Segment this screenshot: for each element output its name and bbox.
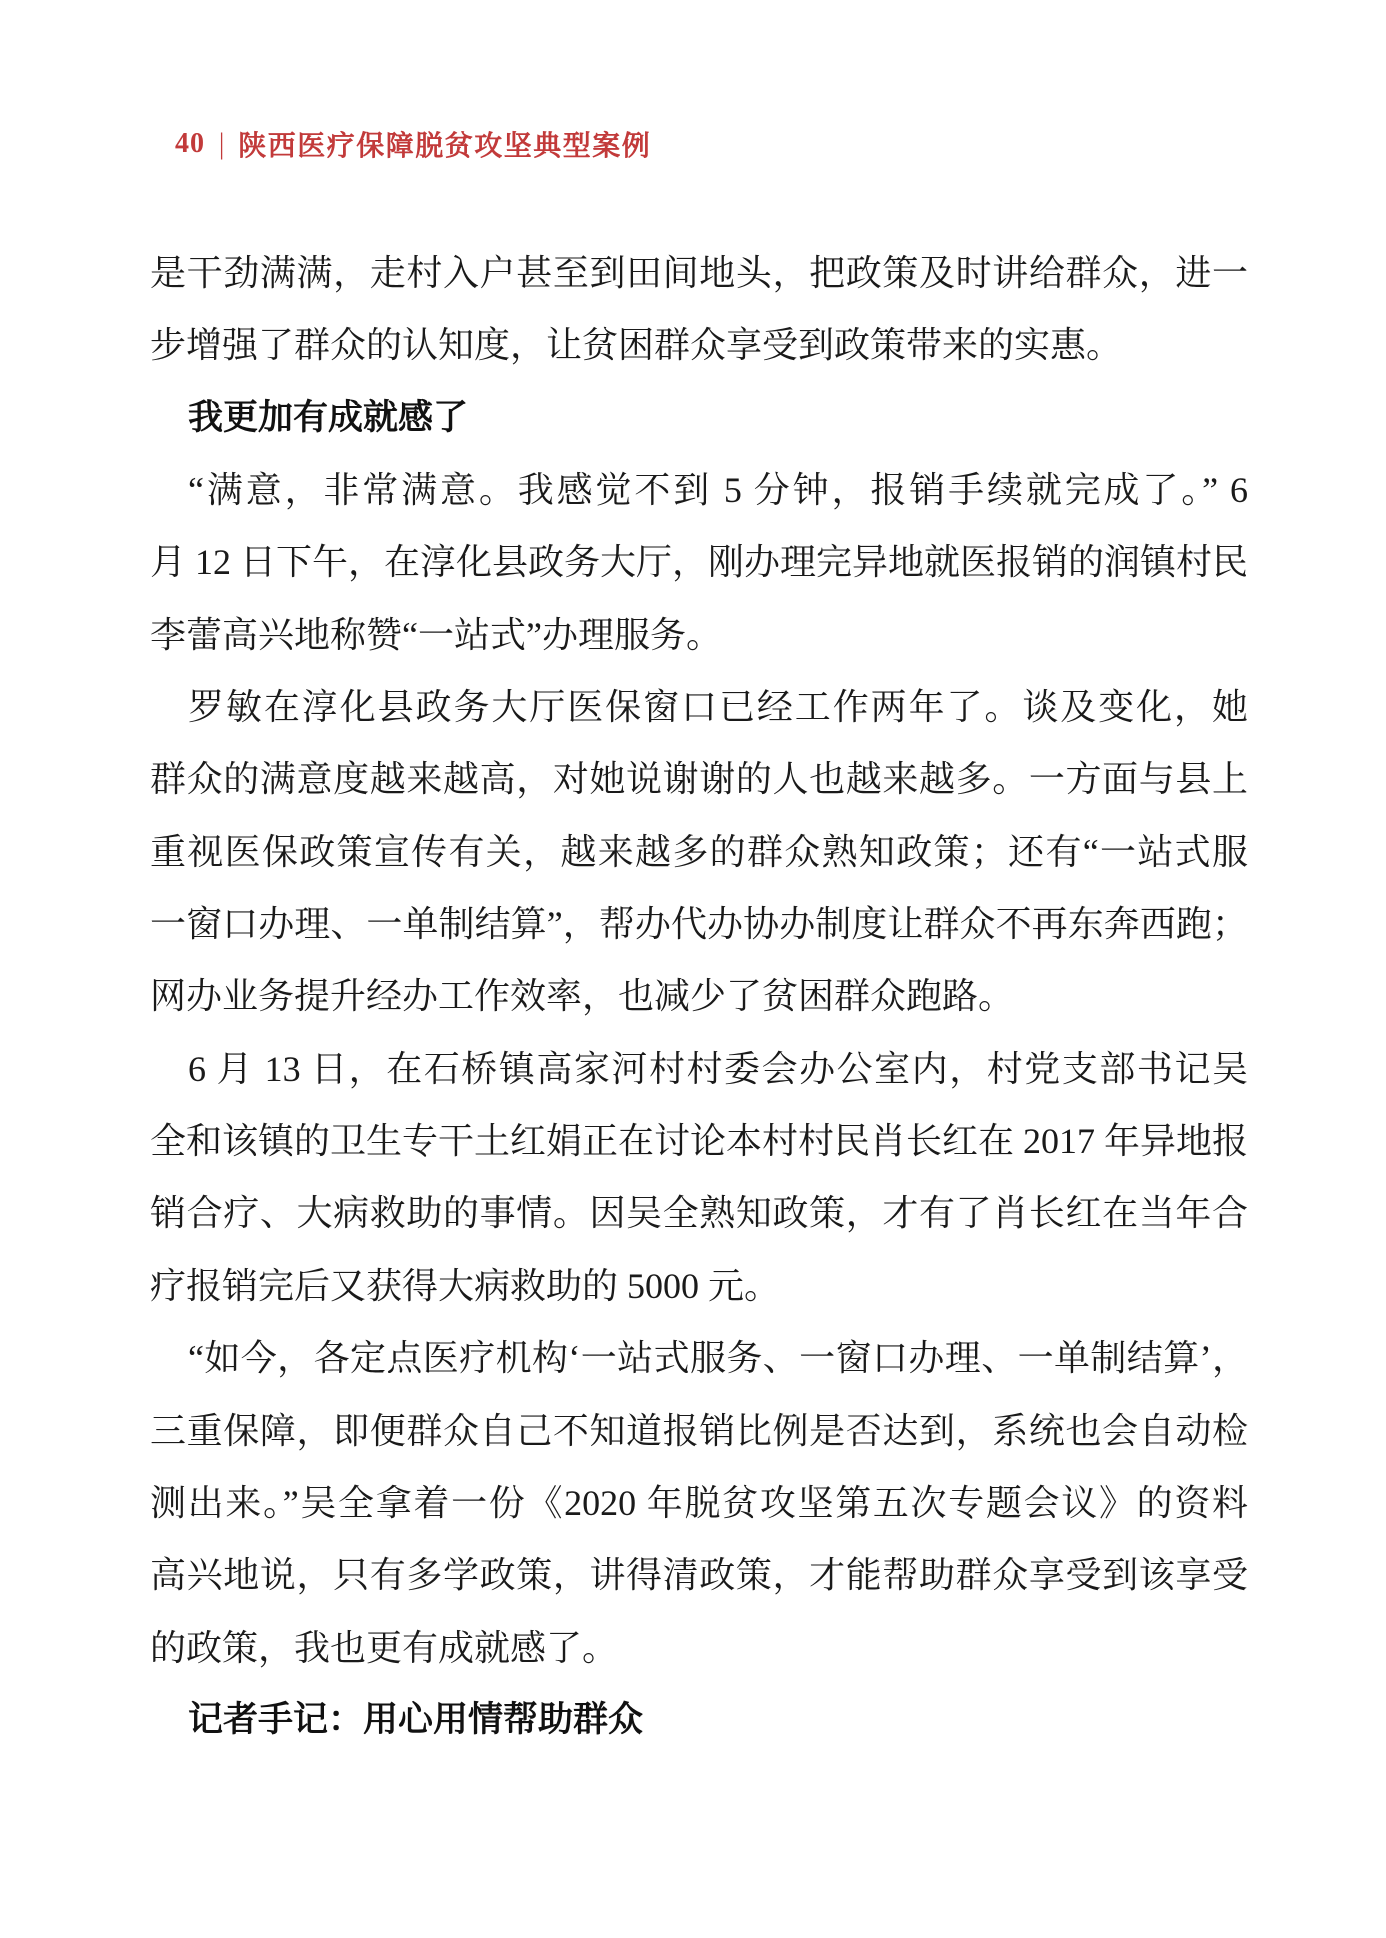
page-header: 40 | 陕西医疗保障脱贫攻坚典型案例 <box>175 124 651 164</box>
body-line: 是干劲满满，走村入户甚至到田间地头，把政策及时讲给群众，进一 <box>150 237 1248 309</box>
body-line: 步增强了群众的认知度，让贫困群众享受到政策带来的实惠。 <box>150 309 1248 381</box>
body-line: “如今，各定点医疗机构‘一站式服务、一窗口办理、一单制结算’， <box>150 1322 1248 1394</box>
body-line: 三重保障，即便群众自己不知道报销比例是否达到，系统也会自动检 <box>150 1395 1248 1467</box>
body-line: 罗敏在淳化县政务大厅医保窗口已经工作两年了。谈及变化，她说， <box>150 671 1248 743</box>
body-line: 一窗口办理、一单制结算”，帮办代办协办制度让群众不再东奔西跑； <box>150 888 1248 960</box>
page-number: 40 <box>175 128 205 160</box>
body-line: 月 12 日下午，在淳化县政务大厅，刚办理完异地就医报销的润镇村民 <box>150 526 1248 598</box>
body-line: 全和该镇的卫生专干土红娟正在讨论本村村民肖长红在 2017 年异地报 <box>150 1105 1248 1177</box>
body-line: 群众的满意度越来越高，对她说谢谢的人也越来越多。一方面与县上 <box>150 743 1248 815</box>
body-line: 销合疗、大病救助的事情。因吴全熟知政策，才有了肖长红在当年合 <box>150 1177 1248 1249</box>
body-line: 的政策，我也更有成就感了。 <box>150 1612 1248 1684</box>
body-line: 李蕾高兴地称赞“一站式”办理服务。 <box>150 599 1248 671</box>
body-line: 高兴地说，只有多学政策，讲得清政策，才能帮助群众享受到该享受 <box>150 1539 1248 1611</box>
section-heading: 我更加有成就感了 <box>150 382 1248 454</box>
body-line: “满意，非常满意。我感觉不到 5 分钟，报销手续就完成了。” 6 <box>150 454 1248 526</box>
header-divider: | <box>219 127 224 162</box>
body-line: 测出来。”吴全拿着一份《2020 年脱贫攻坚第五次专题会议》的资料 <box>150 1467 1248 1539</box>
document-body: 是干劲满满，走村入户甚至到田间地头，把政策及时讲给群众，进一 步增强了群众的认知… <box>150 237 1248 1756</box>
body-line: 网办业务提升经办工作效率，也减少了贫困群众跑路。 <box>150 960 1248 1032</box>
section-heading: 记者手记：用心用情帮助群众 <box>150 1684 1248 1756</box>
body-line: 6 月 13 日，在石桥镇高家河村村委会办公室内，村党支部书记吴 <box>150 1033 1248 1105</box>
document-page: 40 | 陕西医疗保障脱贫攻坚典型案例 是干劲满满，走村入户甚至到田间地头，把政… <box>0 0 1386 1938</box>
body-line: 疗报销完后又获得大病救助的 5000 元。 <box>150 1250 1248 1322</box>
body-line: 重视医保政策宣传有关，越来越多的群众熟知政策；还有“一站式服务、 <box>150 816 1248 888</box>
header-title: 陕西医疗保障脱贫攻坚典型案例 <box>238 124 651 164</box>
